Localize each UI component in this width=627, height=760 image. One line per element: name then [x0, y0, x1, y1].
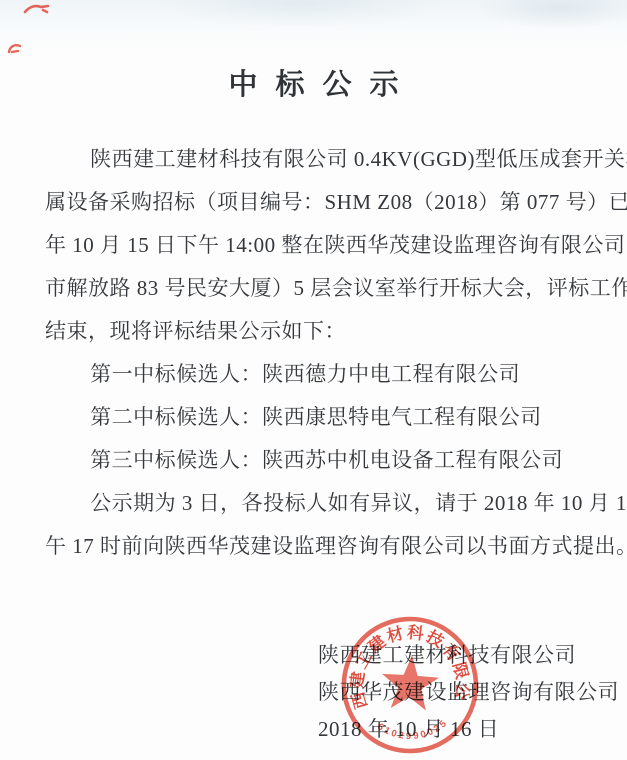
seal-fragment-icon	[23, 2, 50, 16]
scanned-document-page: 中标公示 陕西建工建材科技有限公司 0.4KV(GGD)型低压成套开关柜及附 属…	[0, 0, 627, 760]
body-line: 年 10 月 15 日下午 14:00 整在陕西华茂建设监理咨询有限公司（西安	[45, 224, 597, 267]
body-line: 陕西建工建材科技有限公司 0.4KV(GGD)型低压成套开关柜及附	[45, 138, 597, 181]
scan-shadow-haze	[0, 0, 627, 52]
seal-serial-number: 6102990025	[375, 716, 452, 744]
body-line: 午 17 时前向陕西华茂建设监理咨询有限公司以书面方式提出。	[45, 525, 597, 568]
candidate-line-first: 第一中标候选人：陕西德力中电工程有限公司	[45, 353, 597, 396]
document-body: 陕西建工建材科技有限公司 0.4KV(GGD)型低压成套开关柜及附 属设备采购招…	[45, 138, 597, 568]
document-title: 中标公示	[0, 62, 627, 103]
body-line: 公示期为 3 日，各投标人如有异议，请于 2018 年 10 月 18 日下	[45, 482, 597, 525]
body-line: 结束，现将评标结果公示如下：	[45, 310, 597, 353]
body-line: 属设备采购招标（项目编号：SHM Z08（2018）第 077 号）已于 201…	[45, 181, 597, 224]
seal-star-icon	[381, 653, 441, 713]
candidate-line-third: 第三中标候选人：陕西苏中机电设备工程有限公司	[45, 439, 597, 482]
seal-fragment-icon	[6, 40, 23, 56]
company-seal-stamp-icon: 陕西建工建材科技有限公司 6102990025	[330, 606, 490, 760]
candidate-line-second: 第二中标候选人：陕西康思特电气工程有限公司	[45, 396, 597, 439]
body-line: 市解放路 83 号民安大厦）5 层会议室举行开标大会，评标工作已经	[45, 267, 597, 310]
